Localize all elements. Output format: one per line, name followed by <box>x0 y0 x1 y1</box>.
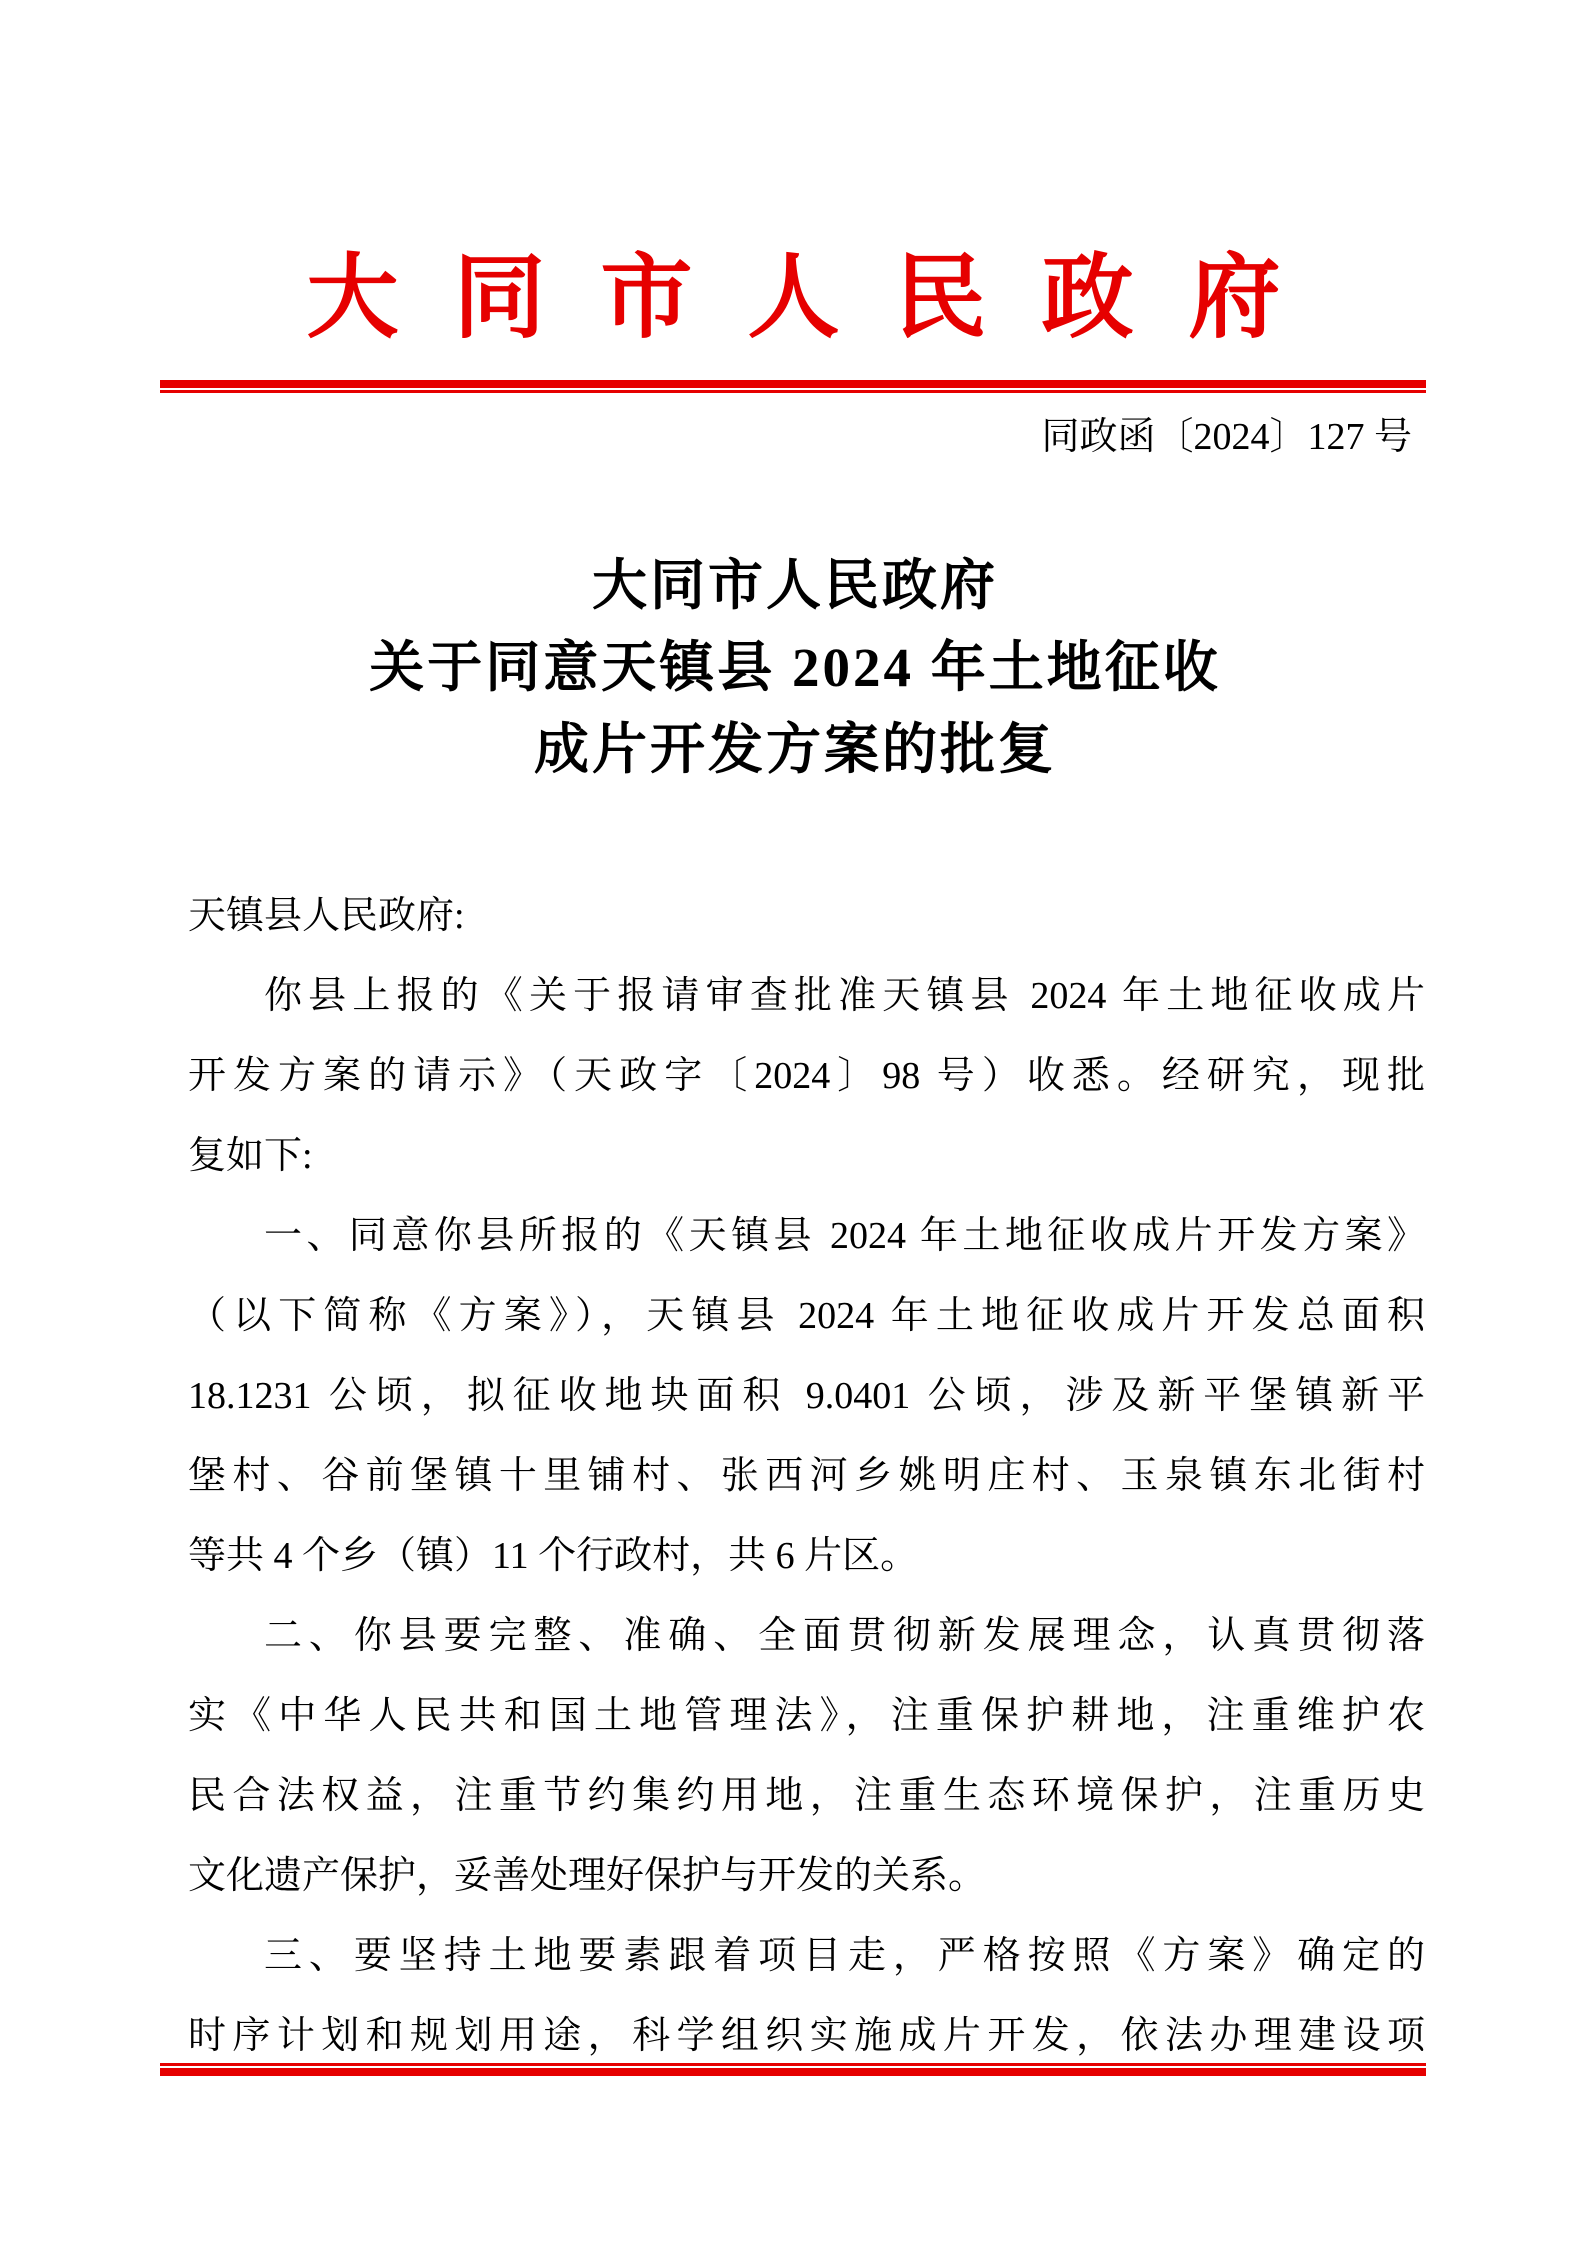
title-line-1: 大同市人民政府 <box>0 545 1587 627</box>
body-line: 三、要坚持土地要素跟着项目走，严格按照《方案》确定的 <box>188 1916 1425 1996</box>
body-line: 堡村、谷前堡镇十里铺村、张西河乡姚明庄村、玉泉镇东北街村 <box>188 1436 1425 1516</box>
document-title: 大同市人民政府 关于同意天镇县 2024 年土地征收 成片开发方案的批复 <box>0 545 1587 791</box>
body-line: 民合法权益，注重节约集约用地，注重生态环境保护，注重历史 <box>188 1756 1425 1836</box>
title-line-2: 关于同意天镇县 2024 年土地征收 <box>0 627 1587 709</box>
body-line: 一、同意你县所报的《天镇县 2024 年土地征收成片开发方案》 <box>188 1196 1425 1276</box>
body-line: （以下简称《方案》），天镇县 2024 年土地征收成片开发总面积 <box>188 1276 1425 1356</box>
body-line: 复如下: <box>188 1116 1425 1196</box>
document-number: 同政函〔2024〕127 号 <box>1041 414 1412 460</box>
agency-name-text: 大同市人民政府 <box>306 247 1335 349</box>
salutation-line: 天镇县人民政府: <box>188 876 1425 956</box>
body-line: 实《中华人民共和国土地管理法》，注重保护耕地，注重维护农 <box>188 1676 1425 1756</box>
body-line: 二、你县要完整、准确、全面贯彻新发展理念，认真贯彻落 <box>188 1596 1425 1676</box>
official-document-page: 大同市人民政府 同政函〔2024〕127 号 大同市人民政府 关于同意天镇县 2… <box>0 0 1587 2245</box>
issuing-agency-masthead: 大同市人民政府 <box>0 248 1587 348</box>
body-line: 18.1231 公顷，拟征收地块面积 9.0401 公顷，涉及新平堡镇新平 <box>188 1356 1425 1436</box>
body-line: 你县上报的《关于报请审查批准天镇县 2024 年土地征收成片 <box>188 956 1425 1036</box>
title-line-3: 成片开发方案的批复 <box>0 709 1587 791</box>
body-line: 文化遗产保护，妥善处理好保护与开发的关系。 <box>188 1836 1425 1916</box>
masthead-divider-line <box>160 380 1426 393</box>
document-body: 天镇县人民政府: 你县上报的《关于报请审查批准天镇县 2024 年土地征收成片 … <box>188 876 1425 2076</box>
footer-divider-line <box>160 2063 1426 2076</box>
body-line: 等共 4 个乡（镇）11 个行政村，共 6 片区。 <box>188 1516 1425 1596</box>
body-line: 开发方案的请示》（天政字〔2024〕98 号）收悉。经研究，现批 <box>188 1036 1425 1116</box>
